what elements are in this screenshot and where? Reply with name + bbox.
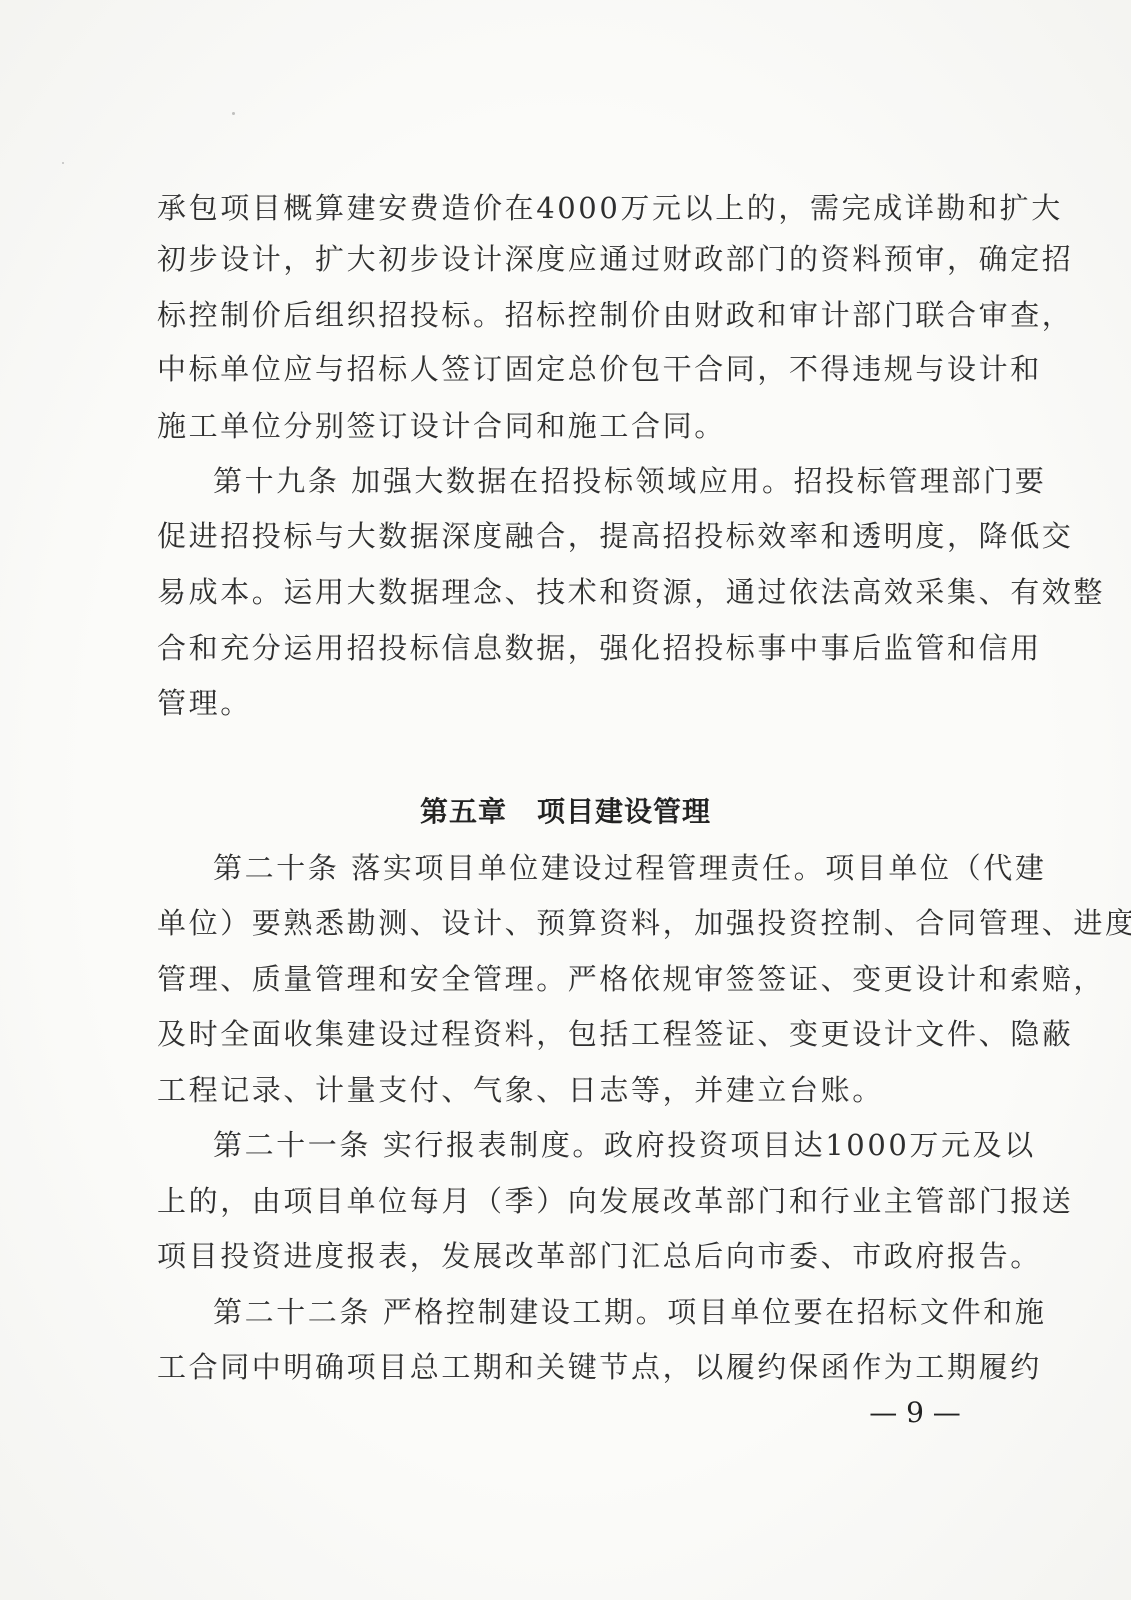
- article-21-heading-line: 第二十一条 实行报表制度。政府投资项目达1000万元及以: [213, 1123, 967, 1167]
- body-line: 管理、质量管理和安全管理。严格依规审签签证、变更设计和索赔，: [157, 957, 967, 1001]
- body-line: 项目投资进度报表，发展改革部门汇总后向市委、市政府报告。: [157, 1234, 967, 1278]
- body-line: 工程记录、计量支付、气象、日志等，并建立台账。: [157, 1068, 967, 1112]
- chapter-title: 项目建设管理: [537, 795, 711, 828]
- article-20-heading-line: 第二十条 落实项目单位建设过程管理责任。项目单位（代建: [213, 846, 967, 890]
- scan-speck: [62, 162, 64, 164]
- body-line: 标控制价后组织招投标。招标控制价由财政和审计部门联合审查，: [157, 293, 967, 337]
- page-number: — 9 —: [860, 1393, 970, 1433]
- body-line: 单位）要熟悉勘测、设计、预算资料，加强投资控制、合同管理、进度: [157, 901, 967, 945]
- body-line: 易成本。运用大数据理念、技术和资源，通过依法高效采集、有效整: [157, 570, 967, 614]
- body-line: 初步设计，扩大初步设计深度应通过财政部门的资料预审，确定招: [157, 237, 967, 281]
- chapter-heading: 第五章项目建设管理: [0, 790, 1131, 834]
- chapter-number: 第五章: [420, 795, 507, 828]
- body-line: 工合同中明确项目总工期和关键节点，以履约保函作为工期履约: [157, 1345, 967, 1389]
- document-page: 承包项目概算建安费造价在4000万元以上的，需完成详勘和扩大 初步设计，扩大初步…: [0, 0, 1131, 1600]
- body-line: 及时全面收集建设过程资料，包括工程签证、变更设计文件、隐蔽: [157, 1012, 967, 1056]
- body-line: 管理。: [157, 681, 967, 725]
- body-line: 上的，由项目单位每月（季）向发展改革部门和行业主管部门报送: [157, 1179, 967, 1223]
- scan-speck: [232, 112, 235, 115]
- body-line: 合和充分运用招投标信息数据，强化招投标事中事后监管和信用: [157, 626, 967, 670]
- body-line: 中标单位应与招标人签订固定总价包干合同，不得违规与设计和: [157, 347, 967, 391]
- body-line: 促进招投标与大数据深度融合，提高招投标效率和透明度，降低交: [157, 514, 967, 558]
- article-19-heading-line: 第十九条 加强大数据在招投标领域应用。招投标管理部门要: [213, 459, 967, 503]
- article-22-heading-line: 第二十二条 严格控制建设工期。项目单位要在招标文件和施: [213, 1290, 967, 1334]
- body-line: 施工单位分别签订设计合同和施工合同。: [157, 404, 967, 448]
- body-line: 承包项目概算建安费造价在4000万元以上的，需完成详勘和扩大: [157, 186, 967, 230]
